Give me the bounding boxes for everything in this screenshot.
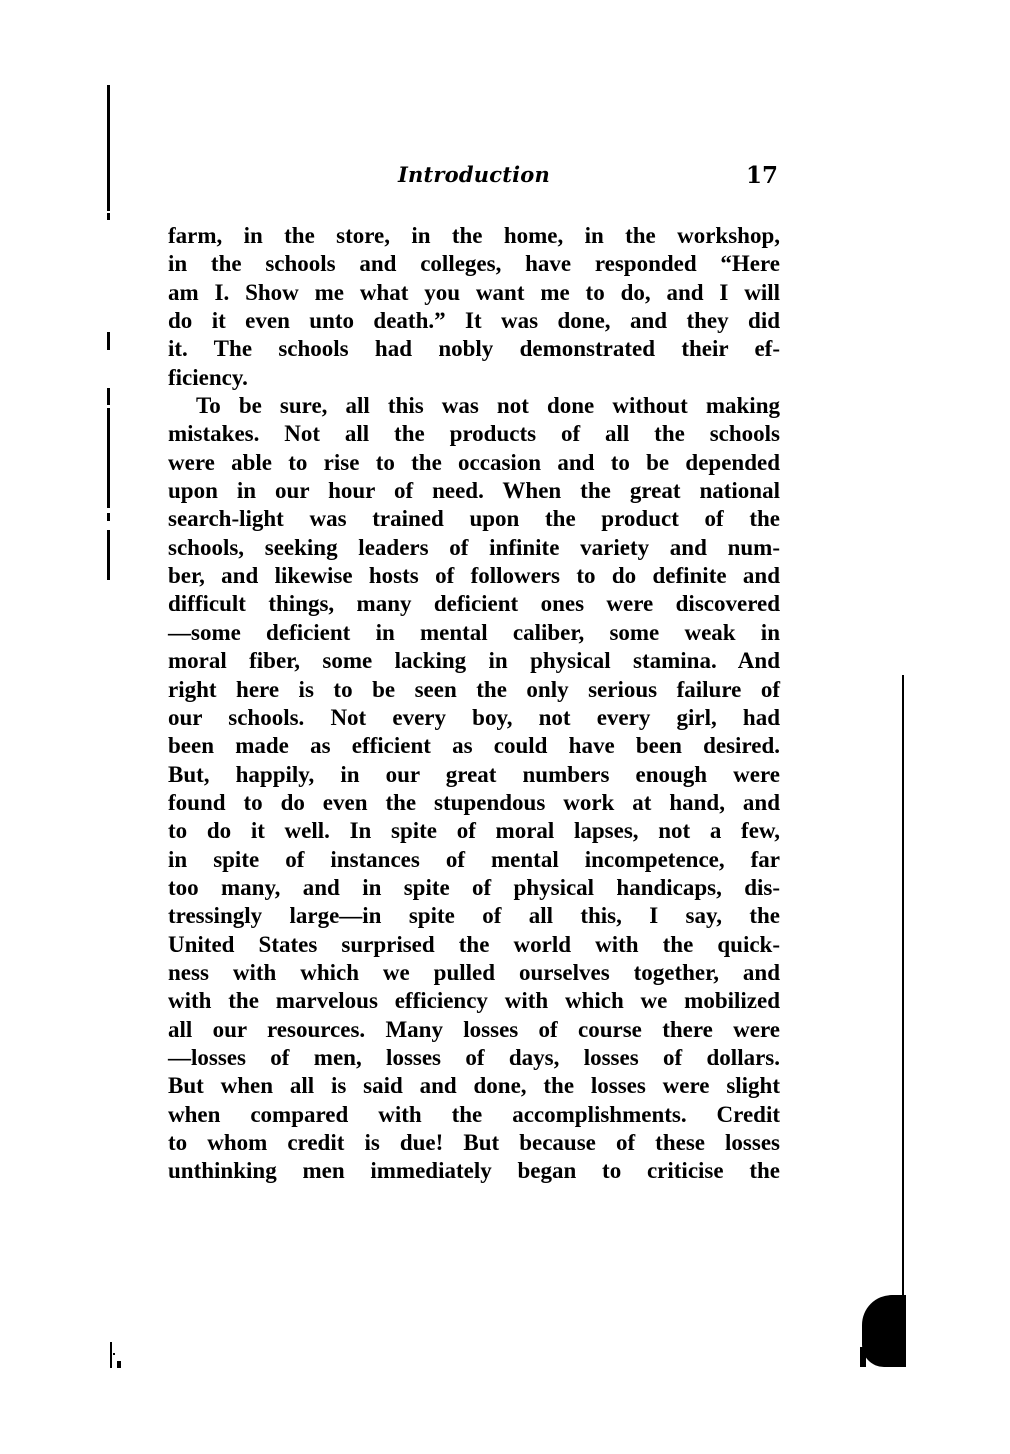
paragraph: farm, in the store, in the home, in the … xyxy=(168,222,780,392)
text-line: search-light was trained upon the produc… xyxy=(168,505,780,533)
text-line: But, happily, in our great numbers enoug… xyxy=(168,761,780,789)
text-line: been made as efficient as could have bee… xyxy=(168,732,780,760)
text-line: our schools. Not every boy, not every gi… xyxy=(168,704,780,732)
thumb-shadow-artifact xyxy=(862,1295,906,1367)
running-head-title: Introduction xyxy=(168,162,780,187)
left-margin-scan-line xyxy=(107,530,110,580)
text-line: in spite of instances of mental incompet… xyxy=(168,846,780,874)
text-line: difficult things, many deficient ones we… xyxy=(168,590,780,618)
text-line: schools, seeking leaders of infinite var… xyxy=(168,534,780,562)
text-line: moral fiber, some lacking in physical st… xyxy=(168,647,780,675)
text-line: to whom credit is due! But because of th… xyxy=(168,1129,780,1157)
text-line: right here is to be seen the only seriou… xyxy=(168,676,780,704)
left-margin-scan-line xyxy=(107,513,110,521)
left-margin-scan-line xyxy=(107,213,110,220)
text-line: unthinking men immediately began to crit… xyxy=(168,1157,780,1185)
text-line: ber, and likewise hosts of followers to … xyxy=(168,562,780,590)
text-line: United States surprised the world with t… xyxy=(168,931,780,959)
text-line: am I. Show me what you want me to do, an… xyxy=(168,279,780,307)
text-line: tressingly large—in spite of all this, I… xyxy=(168,902,780,930)
scanned-book-page: Introduction 17 farm, in the store, in t… xyxy=(0,0,1010,1454)
text-line: ness with which we pulled ourselves toge… xyxy=(168,959,780,987)
text-line: when compared with the accomplishments. … xyxy=(168,1101,780,1129)
text-line: —some deficient in mental caliber, some … xyxy=(168,619,780,647)
paragraph: To be sure, all this was not done withou… xyxy=(168,392,780,1186)
text-line: in the schools and colleges, have respon… xyxy=(168,250,780,278)
text-line: were able to rise to the occasion and to… xyxy=(168,449,780,477)
text-line: —losses of men, losses of days, losses o… xyxy=(168,1044,780,1072)
running-header: Introduction 17 xyxy=(168,162,780,198)
left-margin-scan-line xyxy=(107,332,110,350)
left-margin-scan-line xyxy=(107,388,110,405)
left-margin-scan-line xyxy=(107,408,110,508)
text-line: to do it well. In spite of moral lapses,… xyxy=(168,817,780,845)
left-margin-scan-dot xyxy=(113,1353,115,1355)
text-line: To be sure, all this was not done withou… xyxy=(168,392,780,420)
left-margin-scan-line xyxy=(110,1342,112,1368)
text-line: do it even unto death.” It was done, and… xyxy=(168,307,780,335)
text-line: all our resources. Many losses of course… xyxy=(168,1016,780,1044)
text-line: mistakes. Not all the products of all th… xyxy=(168,420,780,448)
text-line: it. The schools had nobly demonstrated t… xyxy=(168,335,780,363)
text-line: upon in our hour of need. When the great… xyxy=(168,477,780,505)
text-line: found to do even the stupendous work at … xyxy=(168,789,780,817)
text-line: farm, in the store, in the home, in the … xyxy=(168,222,780,250)
text-line: too many, and in spite of physical handi… xyxy=(168,874,780,902)
right-edge-scan-mark xyxy=(860,1347,866,1367)
text-line: ficiency. xyxy=(168,364,780,392)
left-margin-scan-dot xyxy=(117,1361,121,1368)
left-margin-scan-line xyxy=(107,85,110,211)
text-line: with the marvelous efficiency with which… xyxy=(168,987,780,1015)
body-text: farm, in the store, in the home, in the … xyxy=(168,222,780,1186)
text-line: But when all is said and done, the losse… xyxy=(168,1072,780,1100)
page-number: 17 xyxy=(746,162,778,189)
right-edge-scan-line xyxy=(902,675,904,1365)
